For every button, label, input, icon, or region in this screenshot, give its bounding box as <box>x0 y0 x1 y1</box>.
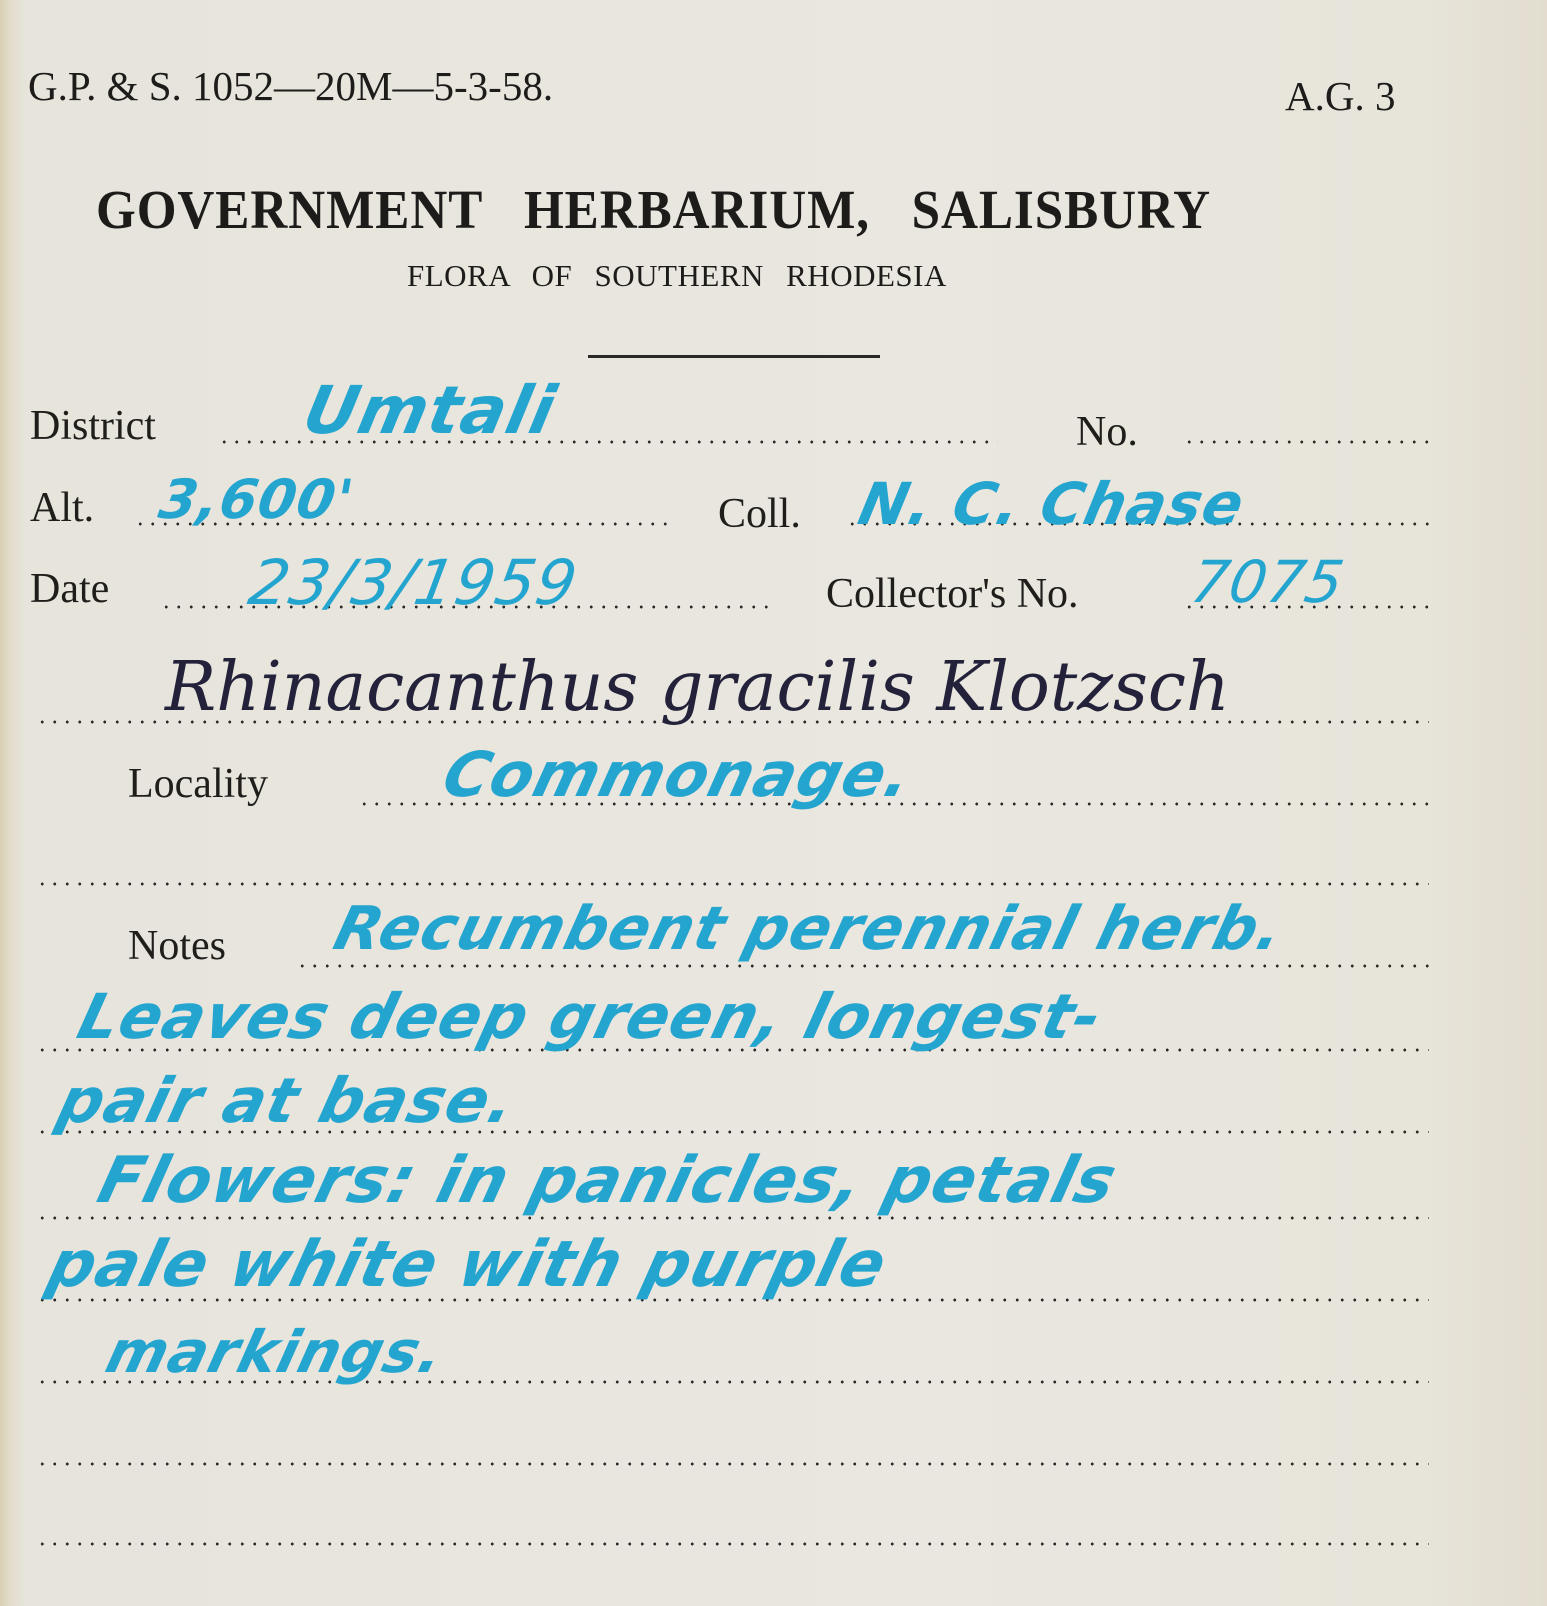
notes-line-2: Leaves deep green, longest- <box>71 980 1110 1053</box>
locality-label: Locality <box>128 760 268 808</box>
form-code: A.G. 3 <box>1285 72 1395 120</box>
notes-label: Notes <box>128 922 226 970</box>
herbarium-label: G.P. & S. 1052—20M—5-3-58. A.G. 3 GOVERN… <box>0 0 1547 1606</box>
notes-line-4: Flowers: in panicles, petals <box>91 1144 1124 1218</box>
number-dotted-line <box>1183 440 1429 444</box>
altitude-value: 3,600' <box>154 468 358 531</box>
district-label: District <box>30 402 156 450</box>
blank-dotted-line-1 <box>36 882 1429 886</box>
collector-value: N. C. Chase <box>853 470 1251 538</box>
date-label: Date <box>30 565 109 613</box>
notes-line-6: markings. <box>100 1318 452 1386</box>
collector-number-value: 7075 <box>1186 548 1350 616</box>
collector-label: Coll. <box>718 490 801 538</box>
altitude-label: Alt. <box>30 484 94 532</box>
title-divider <box>588 355 880 358</box>
number-label: No. <box>1076 408 1138 456</box>
label-title: GOVERNMENT HERBARIUM, SALISBURY <box>96 178 1211 241</box>
print-reference: G.P. & S. 1052—20M—5-3-58. <box>28 62 553 110</box>
blank-dotted-line-3 <box>36 1542 1429 1546</box>
collector-number-label: Collector's No. <box>826 570 1079 618</box>
label-subtitle: FLORA OF SOUTHERN RHODESIA <box>407 258 947 294</box>
notes-dotted-line-1 <box>296 964 1429 968</box>
date-value: 23/3/1959 <box>244 546 584 619</box>
blank-dotted-line-2 <box>36 1462 1429 1466</box>
notes-line-5: pale white with purple <box>41 1228 895 1302</box>
species-name: Rhinacanthus gracilis Klotzsch <box>165 648 1230 727</box>
district-value: Umtali <box>297 372 563 449</box>
notes-line-1: Recumbent perennial herb. <box>327 894 1291 964</box>
locality-value: Commonage. <box>436 738 920 811</box>
notes-line-3: pair at base. <box>51 1064 524 1137</box>
